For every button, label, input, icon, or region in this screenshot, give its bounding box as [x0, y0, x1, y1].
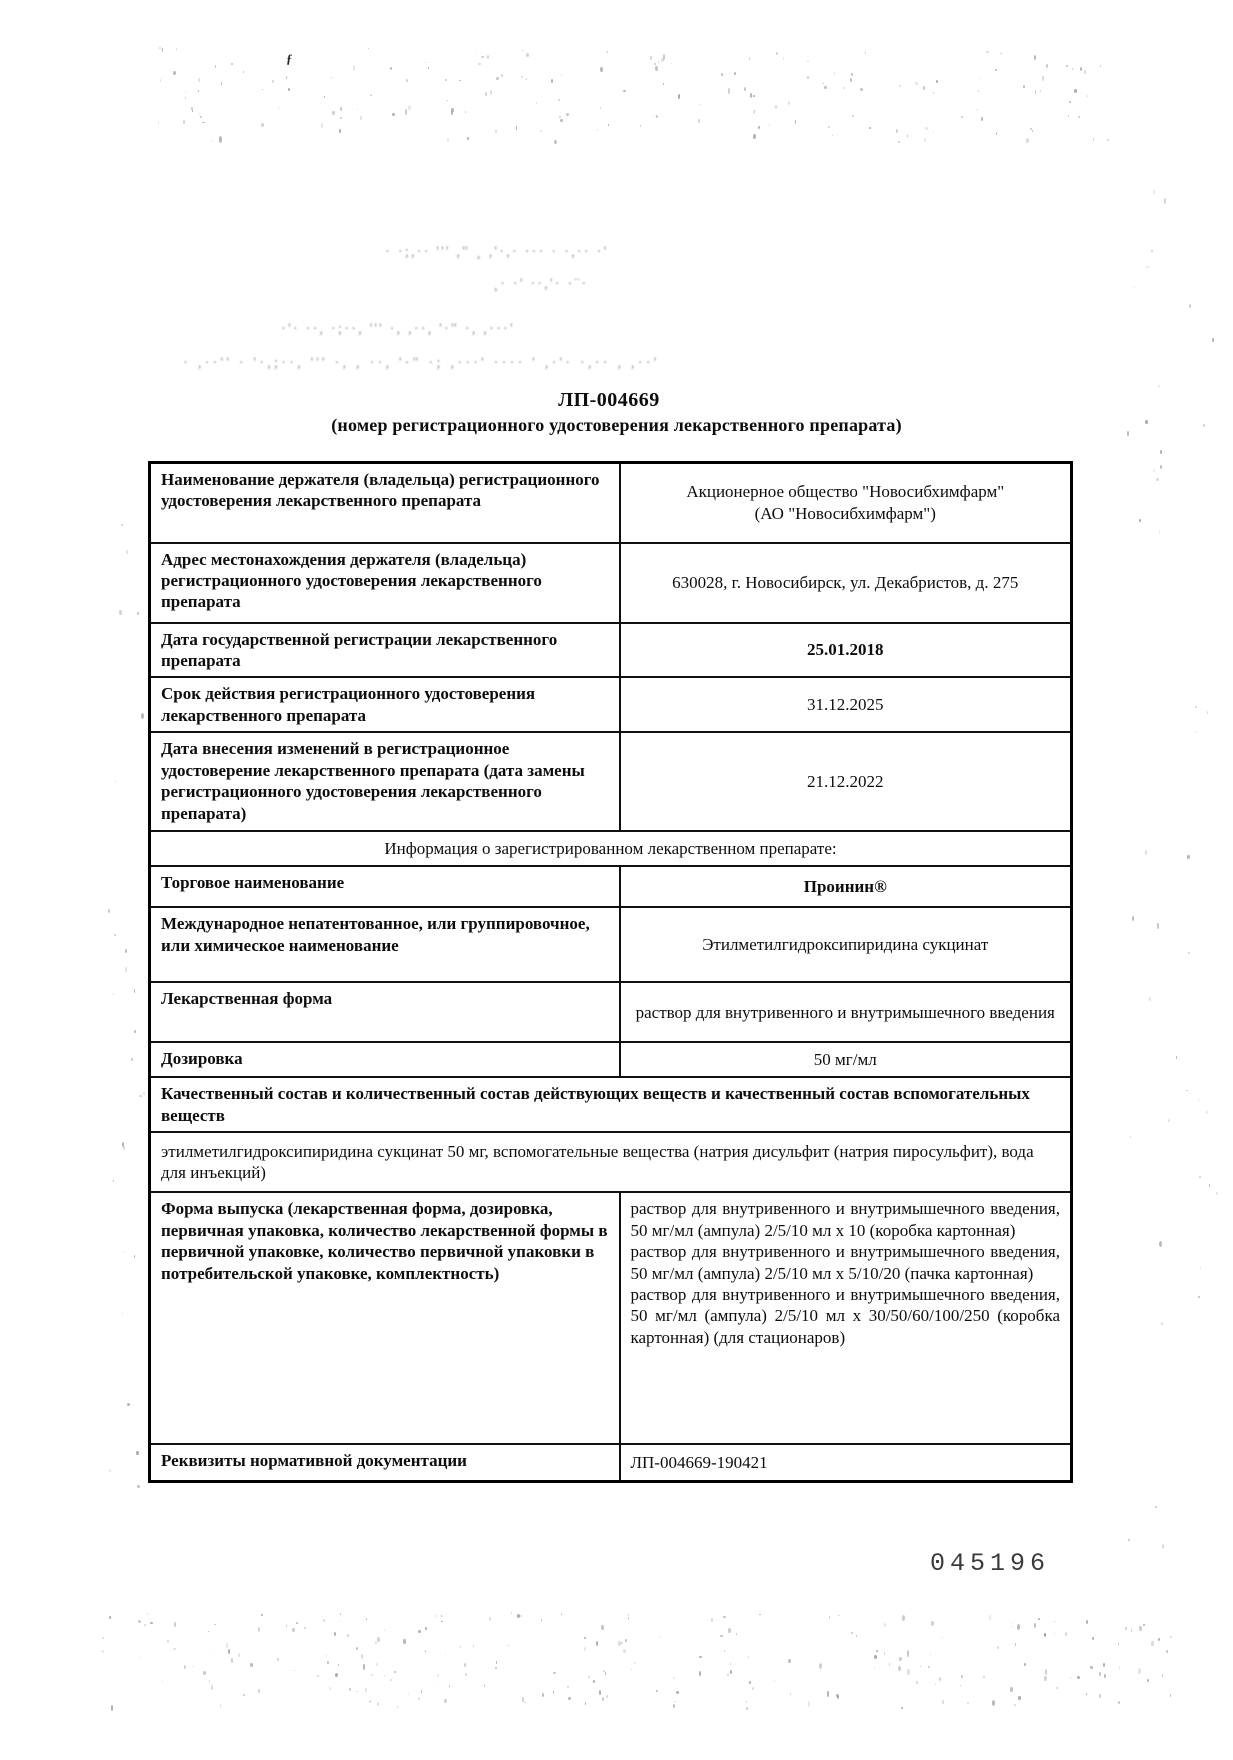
scan-speck: [1034, 55, 1037, 60]
scan-speck: [1200, 1267, 1202, 1269]
scan-speck: [203, 1671, 206, 1675]
scan-speck: [819, 1663, 822, 1669]
scan-speck: [226, 1643, 229, 1649]
scan-speck: [1153, 470, 1155, 472]
scan-speck: [1099, 1672, 1101, 1676]
scan-speck: [370, 94, 372, 96]
scan-speck: [496, 77, 499, 80]
scan-speck: [1166, 1650, 1167, 1653]
scan-speck: [102, 1637, 104, 1639]
table-row-dosage-form: Лекарственная форма раствор для внутриве…: [150, 982, 1072, 1042]
scan-speck: [769, 124, 770, 126]
scan-speck: [992, 1700, 995, 1706]
cell-label: Форма выпуска (лекарственная форма, дози…: [150, 1192, 620, 1444]
scan-speck: [915, 82, 918, 86]
scan-ghost-text-line: · ·;,·· ''' ," ¸ ,'·,· ··· · ·,·· ·': [385, 244, 675, 261]
scan-speck: [1153, 190, 1156, 194]
scan-speck: [1130, 1136, 1131, 1138]
scan-speck: [553, 1691, 554, 1694]
scan-speck: [783, 57, 784, 60]
scan-speck: [874, 1655, 877, 1659]
scan-speck: [334, 1632, 336, 1636]
table-row-registration-date: Дата государственной регистрации лекарст…: [150, 623, 1072, 678]
scan-speck: [1162, 1544, 1164, 1549]
scan-speck: [495, 1667, 497, 1669]
scan-speck: [907, 1669, 910, 1675]
scan-speck: [131, 1058, 133, 1061]
scan-speck: [899, 1657, 902, 1662]
scan-speck: [568, 1697, 571, 1700]
scan-speck: [1162, 1674, 1163, 1677]
scan-speck: [192, 110, 193, 112]
scan-speck: [584, 1647, 586, 1651]
scan-speck: [258, 1627, 260, 1632]
scan-speck: [1092, 1637, 1095, 1640]
cell-value: 50 мг/мл: [620, 1042, 1072, 1077]
scan-speck: [1149, 997, 1151, 1001]
scan-speck: [437, 1674, 439, 1676]
scan-speck: [902, 1615, 905, 1621]
scan-speck: [111, 1705, 114, 1711]
scan-speck: [288, 88, 290, 91]
table-row-dosage: Дозировка 50 мг/мл: [150, 1042, 1072, 1077]
cell-label: Торговое наименование: [150, 866, 620, 907]
scan-speck: [699, 1671, 701, 1676]
scan-speck: [1023, 85, 1025, 88]
scan-speck: [585, 1702, 587, 1704]
scan-speck: [114, 934, 116, 936]
scan-speck: [852, 115, 854, 117]
scan-speck: [1132, 916, 1134, 921]
scan-speck: [134, 989, 136, 993]
scan-speck: [542, 1693, 544, 1697]
scan-speck: [459, 80, 461, 82]
scan-speck: [489, 1617, 491, 1621]
scan-speck: [561, 1613, 562, 1614]
scan-speck: [920, 1666, 921, 1667]
scan-speck: [121, 524, 123, 526]
scan-speck: [356, 1647, 359, 1650]
table-row-holder-name: Наименование держателя (владельца) регис…: [150, 463, 1072, 543]
scan-speck: [160, 79, 162, 82]
scan-speck: [162, 1680, 163, 1682]
scan-speck: [360, 116, 362, 120]
scan-speck: [997, 1646, 999, 1649]
scan-speck: [262, 89, 264, 91]
scan-speck: [485, 92, 487, 96]
scan-speck: [850, 78, 852, 82]
scan-speck: [1040, 90, 1041, 92]
scan-speck: [1038, 1618, 1039, 1619]
scan-speck: [526, 78, 527, 80]
scan-speck: [347, 1634, 349, 1637]
scan-speck: [108, 909, 110, 913]
scan-speck: [138, 1620, 141, 1623]
scan-speck: [961, 1675, 963, 1678]
scan-speck: [860, 88, 863, 91]
scan-speck: [1086, 1693, 1087, 1695]
scan-speck: [1160, 450, 1162, 454]
scan-speck: [1146, 266, 1149, 268]
scan-speck: [744, 87, 746, 91]
scan-speck: [874, 1667, 875, 1668]
scan-speck: [551, 79, 553, 83]
scan-speck: [750, 93, 752, 98]
scan-speck: [1065, 1632, 1067, 1636]
scan-speck: [655, 66, 658, 71]
scan-speck: [596, 1641, 599, 1647]
table-row-validity-date: Срок действия регистрационного удостовер…: [150, 677, 1072, 732]
scan-ghost-text-line: ¸· ·' ··,'· ·¨·: [493, 276, 753, 293]
scan-speck: [758, 126, 760, 129]
scan-speck: [277, 1658, 279, 1661]
scan-speck: [508, 1645, 509, 1646]
scan-speck: [173, 1648, 176, 1651]
scan-speck: [1068, 115, 1069, 117]
scan-speck: [368, 48, 369, 49]
scan-speck: [967, 1702, 969, 1704]
scan-speck: [1080, 67, 1082, 71]
scan-speck: [425, 1627, 427, 1630]
scan-speck: [1187, 855, 1189, 859]
scan-speck: [834, 72, 835, 75]
scan-speck: [198, 90, 199, 93]
scan-speck: [323, 1619, 325, 1623]
scan-speck: [211, 1685, 213, 1690]
scan-speck: [976, 109, 979, 112]
scan-speck: [736, 1633, 737, 1635]
scan-speck: [1139, 1626, 1142, 1631]
scan-speck: [823, 83, 824, 85]
scan-speck: [520, 1615, 521, 1617]
scan-speck: [1104, 1674, 1107, 1678]
scan-speck: [941, 1637, 943, 1639]
scan-speck: [674, 1701, 676, 1703]
scan-speck: [1086, 1620, 1088, 1624]
scan-speck: [211, 1650, 213, 1652]
scan-speck: [467, 137, 469, 140]
scan-speck: [730, 1663, 731, 1664]
scan-speck: [392, 113, 395, 115]
scan-speck: [1054, 1621, 1055, 1623]
scan-speck: [851, 73, 853, 76]
scan-ink-mark: ƒ: [286, 51, 293, 67]
scan-speck: [606, 1695, 608, 1698]
scan-speck: [286, 76, 287, 79]
table-row-composition-header: Качественный состав и количественный сос…: [150, 1077, 1072, 1132]
scan-speck: [749, 57, 750, 60]
scan-speck: [123, 1252, 124, 1253]
scan-speck: [445, 79, 447, 82]
scan-speck: [521, 76, 523, 79]
scan-speck: [1195, 706, 1197, 707]
scan-speck: [185, 97, 186, 99]
scan-speck: [1078, 116, 1080, 118]
scan-speck: [1099, 1694, 1101, 1697]
scan-speck: [1103, 1663, 1105, 1667]
scan-speck: [540, 130, 542, 132]
scan-speck: [377, 1637, 380, 1642]
scan-speck: [1209, 1184, 1210, 1187]
scan-speck: [428, 67, 430, 69]
cell-value: Проинин®: [620, 866, 1072, 907]
scan-speck: [279, 107, 280, 109]
scan-speck: [1044, 1676, 1046, 1681]
scan-speck: [1100, 65, 1102, 68]
scan-speck: [1000, 53, 1001, 54]
scan-speck: [487, 55, 489, 59]
scan-speck: [243, 1694, 245, 1696]
cell-value: ЛП-004669-190421: [620, 1444, 1072, 1481]
cell-label: Реквизиты нормативной документации: [150, 1444, 620, 1481]
scan-speck: [317, 1675, 319, 1677]
scan-speck: [827, 1691, 830, 1697]
scan-ghost-text-line: ·'· ··, ·;··, ''' ·, ,··, '·" ·, ,···': [281, 321, 537, 338]
scan-speck: [856, 1635, 857, 1637]
scan-speck: [198, 78, 200, 82]
scan-speck: [925, 127, 927, 130]
scan-speck: [1012, 1626, 1014, 1627]
scan-speck: [790, 1693, 791, 1695]
scan-speck: [143, 1092, 145, 1095]
scan-speck: [326, 1654, 327, 1657]
scan-speck: [907, 135, 908, 137]
scan-speck: [425, 1650, 426, 1651]
scan-speck: [829, 1616, 830, 1619]
table-row-normative-docs: Реквизиты нормативной документации ЛП-00…: [150, 1444, 1072, 1481]
scan-speck: [403, 1639, 405, 1644]
scan-speck: [1010, 1687, 1013, 1692]
scan-speck: [321, 123, 323, 128]
scan-speck: [640, 125, 641, 127]
scan-speck: [296, 1622, 298, 1624]
scan-ghost-text-line: · ,··'' · '·,;··, ''' ·, , ··, '·" ·; ,·…: [183, 355, 1068, 372]
scan-speck: [183, 120, 185, 124]
scan-speck: [884, 1652, 886, 1655]
scan-speck: [1084, 70, 1086, 73]
scan-speck: [408, 1693, 409, 1695]
scan-speck: [465, 1673, 467, 1676]
scan-speck: [134, 1255, 135, 1258]
scan-speck: [1168, 1119, 1171, 1122]
scan-speck: [435, 1615, 436, 1618]
table-row-release-form: Форма выпуска (лекарственная форма, дози…: [150, 1192, 1072, 1444]
scan-speck: [349, 1688, 351, 1691]
scan-speck: [898, 141, 900, 143]
cell-label: Дозировка: [150, 1042, 620, 1077]
scan-speck: [231, 63, 233, 65]
scan-speck: [554, 140, 557, 144]
scan-speck: [369, 1700, 371, 1704]
scan-speck: [623, 90, 626, 93]
scan-speck: [147, 1613, 148, 1614]
scan-speck: [650, 56, 652, 61]
scan-speck: [1139, 519, 1142, 523]
scan-speck: [261, 1614, 263, 1616]
cell-label: Адрес местонахождения держателя (владель…: [150, 543, 620, 623]
scan-speck: [723, 1616, 725, 1618]
scan-speck: [1157, 923, 1160, 929]
page-stamp-number: 045196: [930, 1549, 1050, 1578]
scan-speck: [340, 1613, 341, 1614]
cell-value: Этилметилгидроксипиридина сукцинат: [620, 907, 1072, 982]
scan-speck: [566, 113, 569, 116]
scan-speck: [728, 88, 731, 94]
scan-speck: [931, 1621, 934, 1626]
scan-speck: [939, 1677, 941, 1681]
cell-value: Акционерное общество "Новосибхимфарм" (А…: [620, 463, 1072, 543]
cell-value: раствор для внутривенного и внутримышечн…: [620, 1192, 1072, 1444]
scan-speck: [1128, 1539, 1130, 1541]
release-form-paragraph: раствор для внутривенного и внутримышечн…: [631, 1241, 1061, 1284]
scan-speck: [678, 94, 681, 99]
scan-speck: [808, 1701, 811, 1707]
scan-speck: [286, 1625, 287, 1626]
scan-speck: [663, 54, 665, 59]
scan-speck: [1093, 138, 1095, 141]
scan-speck: [1170, 1694, 1172, 1696]
scan-speck: [1044, 1633, 1046, 1637]
scan-speck: [332, 111, 335, 115]
scan-speck: [746, 1701, 748, 1703]
scan-speck: [889, 1663, 890, 1665]
scan-speck: [699, 1656, 701, 1658]
scan-speck: [601, 1625, 604, 1630]
scan-speck: [748, 1656, 749, 1659]
scan-speck: [1138, 1668, 1141, 1674]
scan-speck: [658, 61, 659, 63]
scan-speck: [184, 1665, 186, 1669]
cell-value: 25.01.2018: [620, 623, 1072, 678]
scan-speck: [1012, 1623, 1013, 1625]
scan-speck: [447, 100, 448, 101]
scan-speck: [1143, 1624, 1144, 1626]
scan-speck: [1134, 287, 1135, 289]
scan-speck: [517, 1614, 520, 1618]
scan-speck: [933, 92, 934, 95]
scan-speck: [212, 140, 213, 142]
scan-speck: [996, 132, 997, 135]
section-header-text: Качественный состав и количественный сос…: [150, 1077, 1072, 1132]
scan-speck: [933, 132, 934, 134]
scan-speck: [1189, 304, 1192, 308]
scan-speck: [995, 69, 996, 71]
scan-speck: [215, 65, 216, 68]
scan-speck: [202, 122, 204, 124]
section-header-text: Информация о зарегистрированном лекарств…: [150, 831, 1072, 866]
scan-speck: [1131, 1629, 1132, 1632]
scan-speck: [476, 48, 478, 50]
scan-speck: [832, 135, 834, 136]
scan-speck: [788, 1659, 790, 1663]
scan-speck: [238, 1653, 240, 1657]
scan-speck: [231, 1658, 234, 1664]
scan-speck: [119, 610, 121, 615]
scan-speck: [1090, 1666, 1092, 1669]
scan-speck: [1198, 1296, 1200, 1299]
scan-speck: [1151, 250, 1153, 252]
scan-speck: [421, 1690, 422, 1693]
scan-speck: [357, 1691, 358, 1693]
scan-speck: [324, 96, 325, 98]
scan-speck: [625, 1639, 627, 1642]
scan-speck: [460, 1646, 461, 1648]
scan-speck: [1077, 1676, 1080, 1679]
scan-speck: [1026, 138, 1029, 143]
scan-speck: [869, 127, 871, 129]
scan-speck: [671, 63, 672, 65]
scan-speck: [109, 1616, 111, 1619]
scan-speck: [727, 1673, 729, 1677]
scan-speck: [159, 47, 161, 49]
scan-speck: [656, 1690, 658, 1692]
scan-speck: [724, 1650, 725, 1652]
scan-speck: [1032, 130, 1033, 132]
scan-speck: [1176, 1056, 1178, 1059]
cell-label: Срок действия регистрационного удостовер…: [150, 677, 620, 732]
scan-speck: [126, 550, 129, 554]
scan-speck: [1107, 139, 1109, 141]
scan-speck: [876, 1650, 878, 1652]
scan-speck: [907, 1650, 910, 1656]
scan-speck: [559, 116, 561, 118]
scan-speck: [357, 109, 359, 111]
scan-speck: [1159, 531, 1161, 535]
scan-speck: [935, 1684, 937, 1686]
scan-speck: [828, 126, 830, 128]
scan-speck: [588, 1675, 590, 1679]
scan-speck: [478, 63, 481, 65]
scan-speck: [1030, 128, 1031, 131]
scan-speck: [390, 67, 392, 70]
scan-speck: [980, 78, 981, 79]
scan-speck: [441, 1615, 443, 1616]
scan-speck: [584, 1637, 586, 1639]
scan-speck: [753, 95, 756, 97]
scan-speck: [654, 116, 655, 117]
scan-speck: [1125, 1627, 1128, 1629]
scan-speck: [930, 1654, 931, 1655]
scan-speck: [173, 71, 176, 75]
scan-speck: [618, 1641, 621, 1646]
cell-value: 21.12.2022: [620, 732, 1072, 831]
scan-speck: [1014, 1704, 1016, 1706]
scan-speck: [608, 124, 610, 126]
table-row-trade-name: Торговое наименование Проинин®: [150, 866, 1072, 907]
scan-speck: [1042, 76, 1044, 81]
scan-speck: [524, 1702, 526, 1704]
registration-number-heading: ЛП-004669: [148, 389, 1070, 412]
scan-speck: [593, 1680, 595, 1683]
release-form-paragraph: раствор для внутривенного и внутримышечн…: [631, 1198, 1061, 1241]
scan-speck: [698, 119, 700, 123]
scan-speck: [144, 1624, 146, 1626]
scan-speck: [1024, 1663, 1025, 1666]
scan-speck: [199, 113, 200, 116]
scan-speck: [916, 1681, 919, 1684]
scan-speck: [444, 1699, 447, 1704]
scan-speck: [371, 1674, 373, 1677]
scan-speck: [734, 72, 737, 76]
scan-speck: [481, 56, 483, 58]
scan-speck: [292, 1628, 294, 1633]
scan-speck: [602, 1697, 604, 1701]
cell-label: Наименование держателя (владельца) регис…: [150, 463, 620, 543]
scan-speck: [795, 120, 797, 124]
scan-speck: [353, 65, 356, 71]
scan-speck: [438, 1685, 439, 1686]
cell-label: Дата государственной регистрации лекарст…: [150, 623, 620, 678]
